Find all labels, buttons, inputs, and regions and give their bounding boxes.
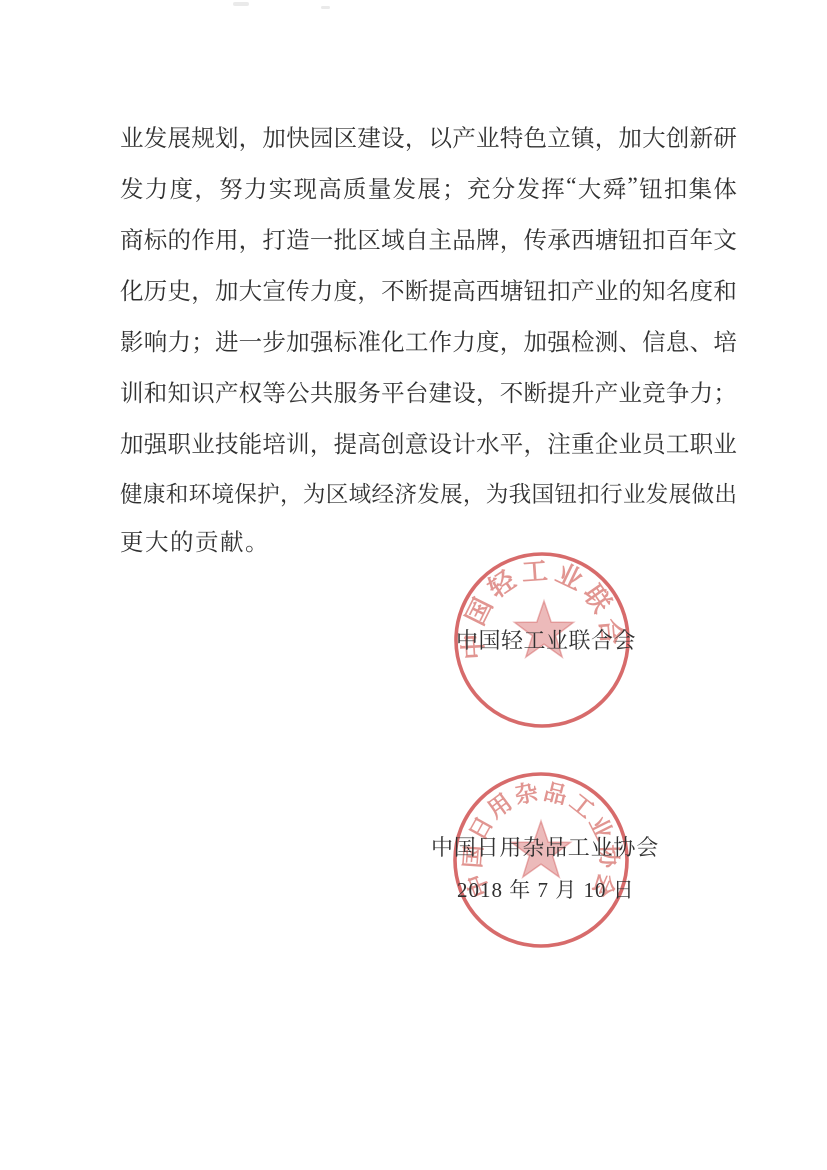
body-line: 健康和环境保护，为区域经济发展，为我国钮扣行业发展做出 [120, 467, 737, 518]
body-line: 训和知识产权等公共服务平台建设，不断提升产业竞争力； [120, 365, 737, 416]
body-line: 更大的贡献。 [120, 518, 737, 569]
body-line: 加强职业技能培训，提高创意设计水平，注重企业员工职业 [120, 416, 737, 467]
paragraph: 业发展规划，加快园区建设，以产业特色立镇，加大创新研 发力度，努力实现高质量发展… [120, 110, 737, 569]
scan-noise [233, 2, 249, 6]
signature-date: 2018 年 7 月 10 日 [457, 874, 635, 904]
body-line: 发力度，努力实现高质量发展；充分发挥“大舜”钮扣集体 [120, 161, 737, 212]
scan-noise [321, 6, 330, 9]
body-line: 影响力；进一步加强标准化工作力度，加强检测、信息、培 [120, 314, 737, 365]
body-line: 商标的作用，打造一批区域自主品牌，传承西塘钮扣百年文 [120, 212, 737, 263]
document-page: 业发展规划，加快园区建设，以产业特色立镇，加大创新研 发力度，努力实现高质量发展… [0, 0, 827, 1170]
signature-org-first: 中国轻工业联合会 [456, 624, 636, 655]
body-line: 化历史，加大宣传力度，不断提高西塘钮扣产业的知名度和 [120, 263, 737, 314]
body-line: 业发展规划，加快园区建设，以产业特色立镇，加大创新研 [120, 110, 737, 161]
signature-org-second: 中国日用杂品工业协会 [431, 831, 659, 862]
